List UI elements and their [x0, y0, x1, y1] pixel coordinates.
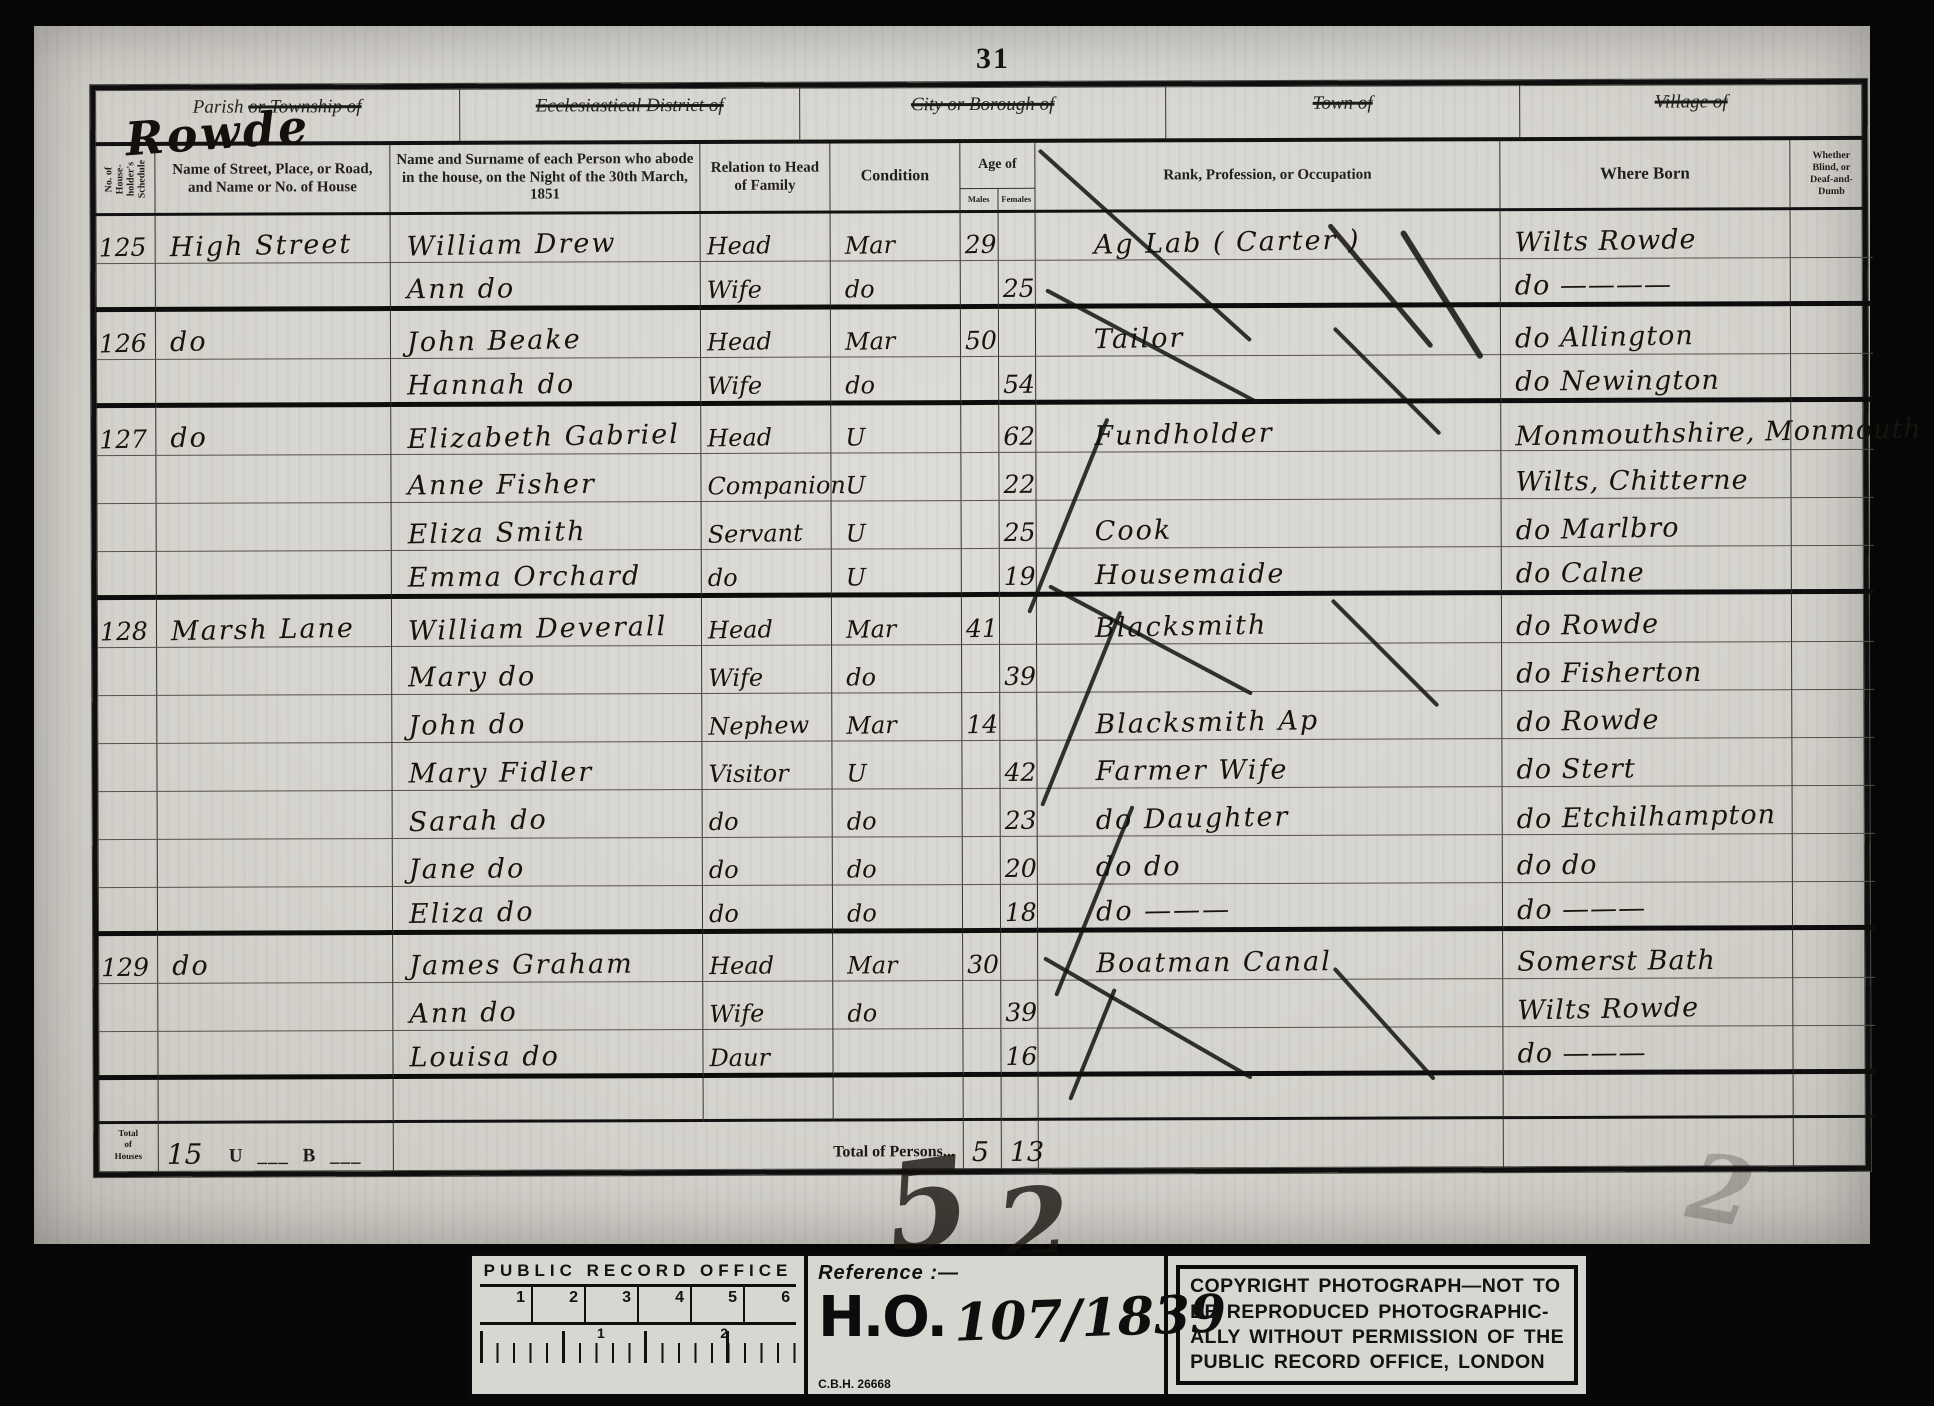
cell-born: do Newington — [1501, 354, 1791, 403]
cell-occupation — [1036, 355, 1501, 405]
cell-age-females: 16 — [1001, 1029, 1038, 1077]
cell-occupation: Farmer Wife — [1037, 739, 1502, 789]
handwritten-entry: do — [170, 422, 208, 454]
ruler-inch-number: 6 — [745, 1287, 796, 1322]
cell-age-females: 19 — [1000, 549, 1037, 597]
handwritten-entry: do — [845, 275, 875, 303]
cell-street — [158, 983, 393, 1032]
cell-condition: Mar — [833, 933, 963, 981]
cell-name: Eliza do — [393, 886, 703, 935]
cell-schedule: 126 — [96, 312, 156, 360]
handwritten-entry: do Fisherton — [1516, 657, 1702, 690]
handwritten-entry: William Deverall — [408, 611, 668, 647]
cell-relation: Servant — [702, 502, 832, 550]
cell-occupation — [1037, 643, 1502, 693]
handwritten-entry: Companion — [707, 471, 846, 500]
handwritten-entry: do ——— — [1096, 894, 1232, 928]
handwritten-entry: do ——— — [1517, 893, 1647, 926]
table-row: Anne FisherCompanionU22Wilts, Chitterne — [96, 450, 1863, 504]
handwritten-entry: Mary do — [408, 661, 536, 693]
handwritten-entry: 126 — [99, 329, 147, 359]
handwritten-entry: Tailor — [1094, 323, 1185, 356]
handwritten-entry: Emma Orchard — [408, 561, 642, 594]
cell-occupation: Cook — [1037, 499, 1502, 549]
cell-street — [157, 551, 392, 600]
cell-born: Monmouthshire, Monmouth — [1501, 402, 1791, 451]
handwritten-entry: 16 — [1005, 1042, 1037, 1071]
ruler-inch-number: 5 — [692, 1287, 745, 1322]
table-row: Eliza SmithServantU25Cookdo Marlbro — [97, 498, 1864, 552]
handwritten-entry: U — [845, 471, 865, 499]
handwritten-entry: Mar — [846, 711, 897, 740]
pro-office-title: PUBLIC RECORD OFFICE — [480, 1261, 796, 1287]
handwritten-entry: Eliza do — [409, 897, 535, 930]
cell-age-females — [1000, 693, 1037, 741]
cell-relation: do — [703, 886, 833, 934]
handwritten-entry: do — [708, 564, 738, 592]
handwritten-entry: Elizabeth Gabriel — [407, 419, 680, 455]
handwritten-entry: John Beake — [407, 324, 582, 358]
handwritten-entry: Wilts, Chitterne — [1515, 465, 1748, 498]
col-occupation: Rank, Profession, or Occupation — [1035, 141, 1500, 210]
handwritten-entry: Fundholder — [1094, 418, 1274, 452]
handwritten-entry: Mar — [847, 951, 898, 979]
cell-name: John Beake — [391, 310, 701, 359]
handwritten-entry: Mar — [845, 327, 896, 356]
cell-schedule: 125 — [96, 216, 156, 264]
handwritten-entry: Wife — [707, 276, 762, 304]
cell-age-males — [962, 645, 1000, 693]
handwritten-entry: Nephew — [708, 711, 809, 741]
cell-schedule — [97, 696, 157, 744]
cell-age-males: 41 — [962, 597, 1000, 645]
cell-disability — [1793, 786, 1875, 834]
cell-age-males: 30 — [963, 933, 1001, 981]
cell-born: do ——— — [1503, 882, 1793, 931]
handwritten-entry: do Calne — [1516, 557, 1645, 589]
cell-condition: Mar — [831, 213, 961, 261]
cell-schedule — [98, 840, 158, 888]
blank-row — [99, 1074, 1866, 1124]
cell-age-females: 54 — [999, 357, 1036, 405]
cell-disability — [1792, 690, 1874, 738]
handwritten-entry: do — [709, 900, 739, 929]
cell-condition: U — [832, 741, 962, 789]
handwritten-entry: Servant — [707, 519, 803, 549]
handwritten-entry: do do — [1096, 851, 1182, 883]
handwritten-entry: 62 — [1003, 422, 1035, 452]
cell-born: do Etchilhampton — [1503, 786, 1793, 835]
cell-condition: do — [831, 261, 961, 309]
col-name: Name and Surname of each Person who abod… — [390, 144, 700, 212]
handwritten-entry: Hannah do — [407, 369, 575, 401]
cell-condition: Mar — [831, 309, 961, 357]
cell-occupation: Ag Lab ( Carter ) — [1036, 211, 1501, 261]
handwritten-entry: 29 — [964, 230, 996, 260]
handwritten-entry: Boatman Canal — [1096, 946, 1332, 979]
parish-cell: Parish or Township of Rowde — [95, 89, 460, 142]
cell-condition: do — [833, 885, 963, 933]
handwritten-entry: do — [847, 899, 877, 928]
cell-disability — [1792, 642, 1874, 690]
cell-born: do Marlbro — [1502, 498, 1792, 547]
cell-schedule — [96, 456, 156, 504]
handwritten-entry: do ——— — [1517, 1037, 1646, 1069]
census-table: Parish or Township of Rowde Ecclesiastic… — [90, 79, 1871, 1177]
cell-street: High Street — [156, 215, 391, 264]
film-photograph: 31 Parish or Township of Rowde Ecclesias… — [0, 0, 1934, 1406]
cell-schedule — [98, 792, 158, 840]
cell-condition: do — [832, 645, 962, 693]
ecclesiastical-cell: Ecclesiastical District of — [460, 88, 800, 141]
handwritten-entry: Wife — [709, 999, 765, 1028]
handwritten-entry: Head — [707, 327, 772, 356]
cell-age-males — [962, 549, 1000, 597]
cell-age-females: 39 — [1000, 645, 1037, 693]
cell-name: Mary do — [392, 646, 702, 695]
cell-street — [157, 647, 392, 696]
col-condition: Condition — [830, 143, 960, 210]
handwritten-entry: Blacksmith — [1095, 610, 1268, 644]
handwritten-entry: do — [709, 856, 739, 884]
cell-relation: do — [703, 838, 833, 886]
cell-disability — [1793, 930, 1875, 978]
handwritten-entry: Eliza Smith — [407, 516, 586, 550]
handwritten-entry: Head — [707, 423, 772, 452]
cell-occupation — [1036, 451, 1501, 501]
cell-street: do — [156, 407, 391, 456]
cell-disability — [1792, 546, 1874, 594]
ecclesiastical-label: Ecclesiastical District of — [536, 95, 724, 117]
table-row: Sarah dododo23do Daughterdo Etchilhampto… — [98, 786, 1865, 840]
cell-age-females — [1000, 597, 1037, 645]
cell-born: Wilts, Chitterne — [1501, 450, 1791, 499]
plate-code: C.B.H. 26668 — [818, 1377, 891, 1391]
cell-street — [156, 359, 391, 408]
cell-relation: Wife — [701, 358, 831, 406]
handwritten-entry: Head — [706, 231, 771, 260]
cell-age-females: 62 — [999, 405, 1036, 453]
cell-disability — [1792, 594, 1874, 642]
handwritten-entry: 54 — [1003, 370, 1035, 399]
census-rows: 125High StreetWilliam DrewHeadMar29Ag La… — [96, 210, 1866, 1080]
handwritten-entry: 22 — [1003, 470, 1035, 499]
cell-age-males: 29 — [961, 213, 999, 261]
cell-condition: U — [832, 549, 962, 597]
col-age: Age of Males Females — [960, 143, 1035, 210]
page-number: 31 — [976, 42, 1010, 76]
handwritten-entry: James Graham — [409, 949, 634, 982]
cell-age-males — [961, 453, 999, 501]
table-row: 127doElizabeth GabrielHeadU62FundholderM… — [96, 402, 1863, 456]
cell-condition: do — [833, 789, 963, 837]
cell-born: do Calne — [1502, 546, 1792, 595]
cell-name: Louisa do — [393, 1030, 703, 1079]
cell-disability — [1791, 306, 1873, 354]
handwritten-entry: Mary Fidler — [408, 757, 593, 790]
uninhabited-building-labels: U ___ B ___ — [229, 1145, 362, 1167]
table-row: Emma OrcharddoU19Housemaidedo Calne — [97, 546, 1864, 600]
cell-age-females — [1001, 933, 1038, 981]
cell-disability — [1791, 354, 1873, 402]
cell-disability — [1793, 978, 1875, 1026]
cell-born: do ———— — [1501, 258, 1791, 307]
copyright-line: BE REPRODUCED PHOTOGRAPHIC- — [1190, 1300, 1564, 1325]
ruler-inch-number: 2 — [533, 1287, 586, 1322]
cell-occupation — [1038, 1027, 1503, 1077]
cell-relation: Head — [703, 934, 833, 982]
cell-relation: Head — [702, 598, 832, 646]
cell-born: do Rowde — [1502, 690, 1792, 739]
cell-disability — [1791, 210, 1873, 258]
cell-schedule — [98, 1032, 158, 1080]
cell-relation: Wife — [701, 262, 831, 310]
cell-condition: do — [831, 357, 961, 405]
cell-name: John do — [392, 694, 702, 743]
handwritten-entry: do Rowde — [1516, 609, 1660, 643]
cell-relation: Visitor — [702, 742, 832, 790]
handwritten-entry: U — [846, 759, 866, 787]
handwritten-entry: do Marlbro — [1515, 512, 1679, 546]
cell-schedule — [97, 648, 157, 696]
handwritten-entry: Anne Fisher — [407, 469, 596, 502]
handwritten-entry: Sarah do — [408, 804, 548, 838]
cell-occupation: Fundholder — [1036, 403, 1501, 453]
village-label: Village of — [1655, 91, 1728, 112]
handwritten-entry: 39 — [1004, 662, 1036, 691]
cell-age-males — [963, 789, 1001, 837]
cell-age-females: 23 — [1001, 789, 1038, 837]
cell-born: do Fisherton — [1502, 642, 1792, 691]
handwritten-entry: 125 — [98, 233, 146, 263]
cell-age-males — [963, 981, 1001, 1029]
cell-schedule: 128 — [97, 600, 157, 648]
table-row: Jane dododo20do dodo do — [98, 834, 1865, 888]
handwritten-entry: Mar — [844, 231, 895, 260]
cell-condition: Mar — [832, 597, 962, 645]
ruler-inch-number: 3 — [586, 1287, 639, 1322]
table-row: 128Marsh LaneWilliam DeverallHeadMar41Bl… — [97, 594, 1864, 648]
cell-age-females — [999, 309, 1036, 357]
cell-relation: do — [703, 790, 833, 838]
cell-schedule — [97, 504, 157, 552]
cell-name: Mary Fidler — [392, 742, 702, 791]
cell-street — [158, 839, 393, 888]
handwritten-entry: do — [172, 951, 210, 982]
handwritten-entry: 129 — [101, 953, 149, 982]
cell-street — [157, 743, 392, 792]
col-age-females: Females — [998, 189, 1035, 210]
handwritten-entry: 23 — [1004, 806, 1036, 836]
cell-relation: Wife — [703, 982, 833, 1030]
reference-series: H.O. — [818, 1285, 946, 1350]
city-borough-label: City or Borough of — [911, 94, 1054, 116]
cell-street — [156, 263, 391, 312]
cell-disability — [1793, 1026, 1875, 1074]
handwritten-entry: do — [847, 999, 877, 1028]
cell-occupation — [1038, 979, 1503, 1029]
cell-name: Sarah do — [393, 790, 703, 839]
cell-relation: Head — [701, 214, 831, 262]
cell-condition — [833, 1029, 963, 1077]
cell-born: do do — [1503, 834, 1793, 883]
handwritten-entry: 127 — [99, 425, 147, 455]
handwritten-entry: do Newington — [1515, 365, 1720, 398]
handwritten-entry: Jane do — [409, 853, 526, 885]
cell-disability — [1792, 498, 1874, 546]
handwritten-entry: do — [708, 808, 738, 837]
handwritten-entry: Blacksmith Ap — [1095, 705, 1319, 740]
cell-age-females: 22 — [999, 453, 1036, 501]
cell-relation: Nephew — [702, 694, 832, 742]
copyright-line: COPYRIGHT PHOTOGRAPH—NOT TO — [1190, 1274, 1564, 1299]
handwritten-entry: Wife — [708, 664, 763, 692]
cell-name: Ann do — [391, 262, 701, 311]
cell-occupation: do ——— — [1038, 883, 1503, 933]
handwritten-entry: U — [845, 519, 866, 547]
cell-born: do Allington — [1501, 306, 1791, 355]
handwritten-entry: Wife — [707, 372, 762, 400]
cell-disability — [1792, 738, 1874, 786]
table-row: Mary doWifedo39do Fisherton — [97, 642, 1864, 696]
cell-schedule: 127 — [96, 408, 156, 456]
reference-label: Reference :— — [818, 1262, 1154, 1285]
reference-section: Reference :— H.O. 107/1839 C.B.H. 26668 — [808, 1256, 1168, 1394]
ruler-inch-number: 4 — [639, 1287, 692, 1322]
cell-condition: U — [832, 501, 962, 549]
handwritten-entry: Ann do — [407, 273, 516, 305]
ruler-cm: 12 — [480, 1325, 796, 1369]
cell-street: do — [156, 311, 391, 360]
cell-street — [157, 503, 392, 552]
table-row: Hannah doWifedo54do Newington — [96, 354, 1863, 408]
handwritten-entry: Farmer Wife — [1095, 754, 1288, 787]
handwritten-entry: do Etchilhampton — [1516, 799, 1776, 835]
handwritten-entry: 14 — [966, 710, 998, 740]
cell-name: Anne Fisher — [391, 454, 701, 503]
cell-age-males — [962, 741, 1000, 789]
cell-street — [158, 887, 393, 936]
handwritten-entry: 18 — [1005, 898, 1037, 928]
cell-born: do Rowde — [1502, 594, 1792, 643]
town-label: Town of — [1313, 93, 1373, 114]
handwritten-entry: Marsh Lane — [171, 613, 355, 648]
col-born: Where Born — [1500, 140, 1790, 208]
handwritten-entry: 20 — [1005, 854, 1037, 883]
village-cell: Village of — [1520, 84, 1862, 137]
cell-condition: U — [831, 405, 961, 453]
cell-age-females: 20 — [1001, 837, 1038, 885]
copyright-section: COPYRIGHT PHOTOGRAPH—NOT TOBE REPRODUCED… — [1168, 1256, 1586, 1394]
handwritten-entry: William Drew — [406, 228, 616, 263]
handwritten-entry: 41 — [966, 614, 998, 644]
handwritten-entry: Head — [708, 615, 773, 644]
cell-name: Elizabeth Gabriel — [391, 406, 701, 455]
totals-row: Total of Houses 15 U ___ B ___ Total of … — [99, 1118, 1866, 1172]
cell-condition: Mar — [832, 693, 962, 741]
cell-relation: Companion — [701, 454, 831, 502]
cell-born: Somerst Bath — [1503, 930, 1793, 979]
total-houses-handwritten: 15 — [167, 1138, 203, 1171]
cell-disability — [1793, 834, 1875, 882]
handwritten-entry: 50 — [965, 326, 997, 356]
cell-age-females: 25 — [999, 261, 1036, 309]
cell-schedule — [96, 360, 156, 408]
cell-name: James Graham — [393, 934, 703, 983]
cell-occupation: Blacksmith — [1037, 595, 1502, 645]
cell-street: Marsh Lane — [157, 599, 392, 648]
handwritten-entry: do Stert — [1516, 753, 1635, 785]
totals-empty-occupation — [1039, 1119, 1504, 1169]
handwritten-entry: John do — [408, 709, 527, 742]
table-row: Eliza dododo18do ———do ——— — [98, 882, 1865, 936]
cell-schedule — [96, 264, 156, 312]
cell-age-males — [961, 261, 999, 309]
handwritten-entry: Head — [709, 952, 774, 981]
ruler-ticks-major — [480, 1331, 796, 1363]
handwritten-entry: 19 — [1004, 562, 1036, 591]
cell-age-males: 14 — [962, 693, 1000, 741]
ruler-inch-number: 1 — [480, 1287, 533, 1322]
handwritten-entry: 25 — [1003, 518, 1035, 548]
cell-relation: Daur — [703, 1030, 833, 1078]
cell-disability — [1791, 258, 1873, 306]
cell-name: William Deverall — [392, 598, 702, 647]
cell-name: Emma Orchard — [392, 550, 702, 599]
handwritten-entry: Ann do — [409, 997, 518, 1030]
total-persons-males: 5 — [964, 1121, 1002, 1169]
copyright-notice: COPYRIGHT PHOTOGRAPH—NOT TOBE REPRODUCED… — [1176, 1265, 1578, 1384]
handwritten-entry: Visitor — [708, 759, 788, 788]
cell-occupation: Blacksmith Ap — [1037, 691, 1502, 741]
handwritten-entry: U — [845, 423, 866, 451]
totals-empty-disability — [1794, 1118, 1876, 1166]
copyright-line: PUBLIC RECORD OFFICE, LONDON — [1190, 1350, 1564, 1375]
table-row: Ann doWifedo25do ———— — [96, 258, 1863, 312]
handwritten-entry: U — [846, 563, 866, 591]
col-relation: Relation to Head of Family — [700, 144, 830, 211]
cell-condition: do — [833, 837, 963, 885]
cell-age-females — [999, 213, 1036, 261]
cell-name: Ann do — [393, 982, 703, 1031]
handwritten-entry: 128 — [100, 617, 148, 647]
handwritten-entry: High Street — [169, 229, 352, 263]
cell-born: Wilts Rowde — [1503, 978, 1793, 1027]
handwritten-entry: do ———— — [1515, 269, 1672, 301]
table-row: John doNephewMar14Blacksmith Apdo Rowde — [97, 690, 1864, 744]
city-borough-cell: City or Borough of — [800, 86, 1166, 139]
cell-street — [158, 791, 393, 840]
cell-name: Jane do — [393, 838, 703, 887]
handwritten-entry: 39 — [1005, 998, 1037, 1028]
cell-street: do — [158, 935, 393, 984]
cell-age-males — [961, 405, 999, 453]
total-persons-females: 13 — [1002, 1121, 1039, 1169]
town-cell: Town of — [1166, 85, 1520, 138]
column-headers: No. of House- holder's Schedule Name of … — [95, 140, 1862, 216]
handwritten-entry: Wilts Rowde — [1514, 224, 1696, 258]
cell-age-females: 39 — [1001, 981, 1038, 1029]
pro-ruler: PUBLIC RECORD OFFICE 123456 12 — [472, 1256, 808, 1394]
cell-occupation: Tailor — [1036, 307, 1501, 357]
col-age-males: Males — [960, 189, 998, 210]
cell-occupation: Housemaide — [1037, 547, 1502, 597]
cell-occupation: Boatman Canal — [1038, 931, 1503, 981]
cell-age-females: 42 — [1000, 741, 1037, 789]
cell-age-males — [963, 1029, 1001, 1077]
cell-born: do Stert — [1502, 738, 1792, 787]
cell-born: Wilts Rowde — [1501, 210, 1791, 259]
